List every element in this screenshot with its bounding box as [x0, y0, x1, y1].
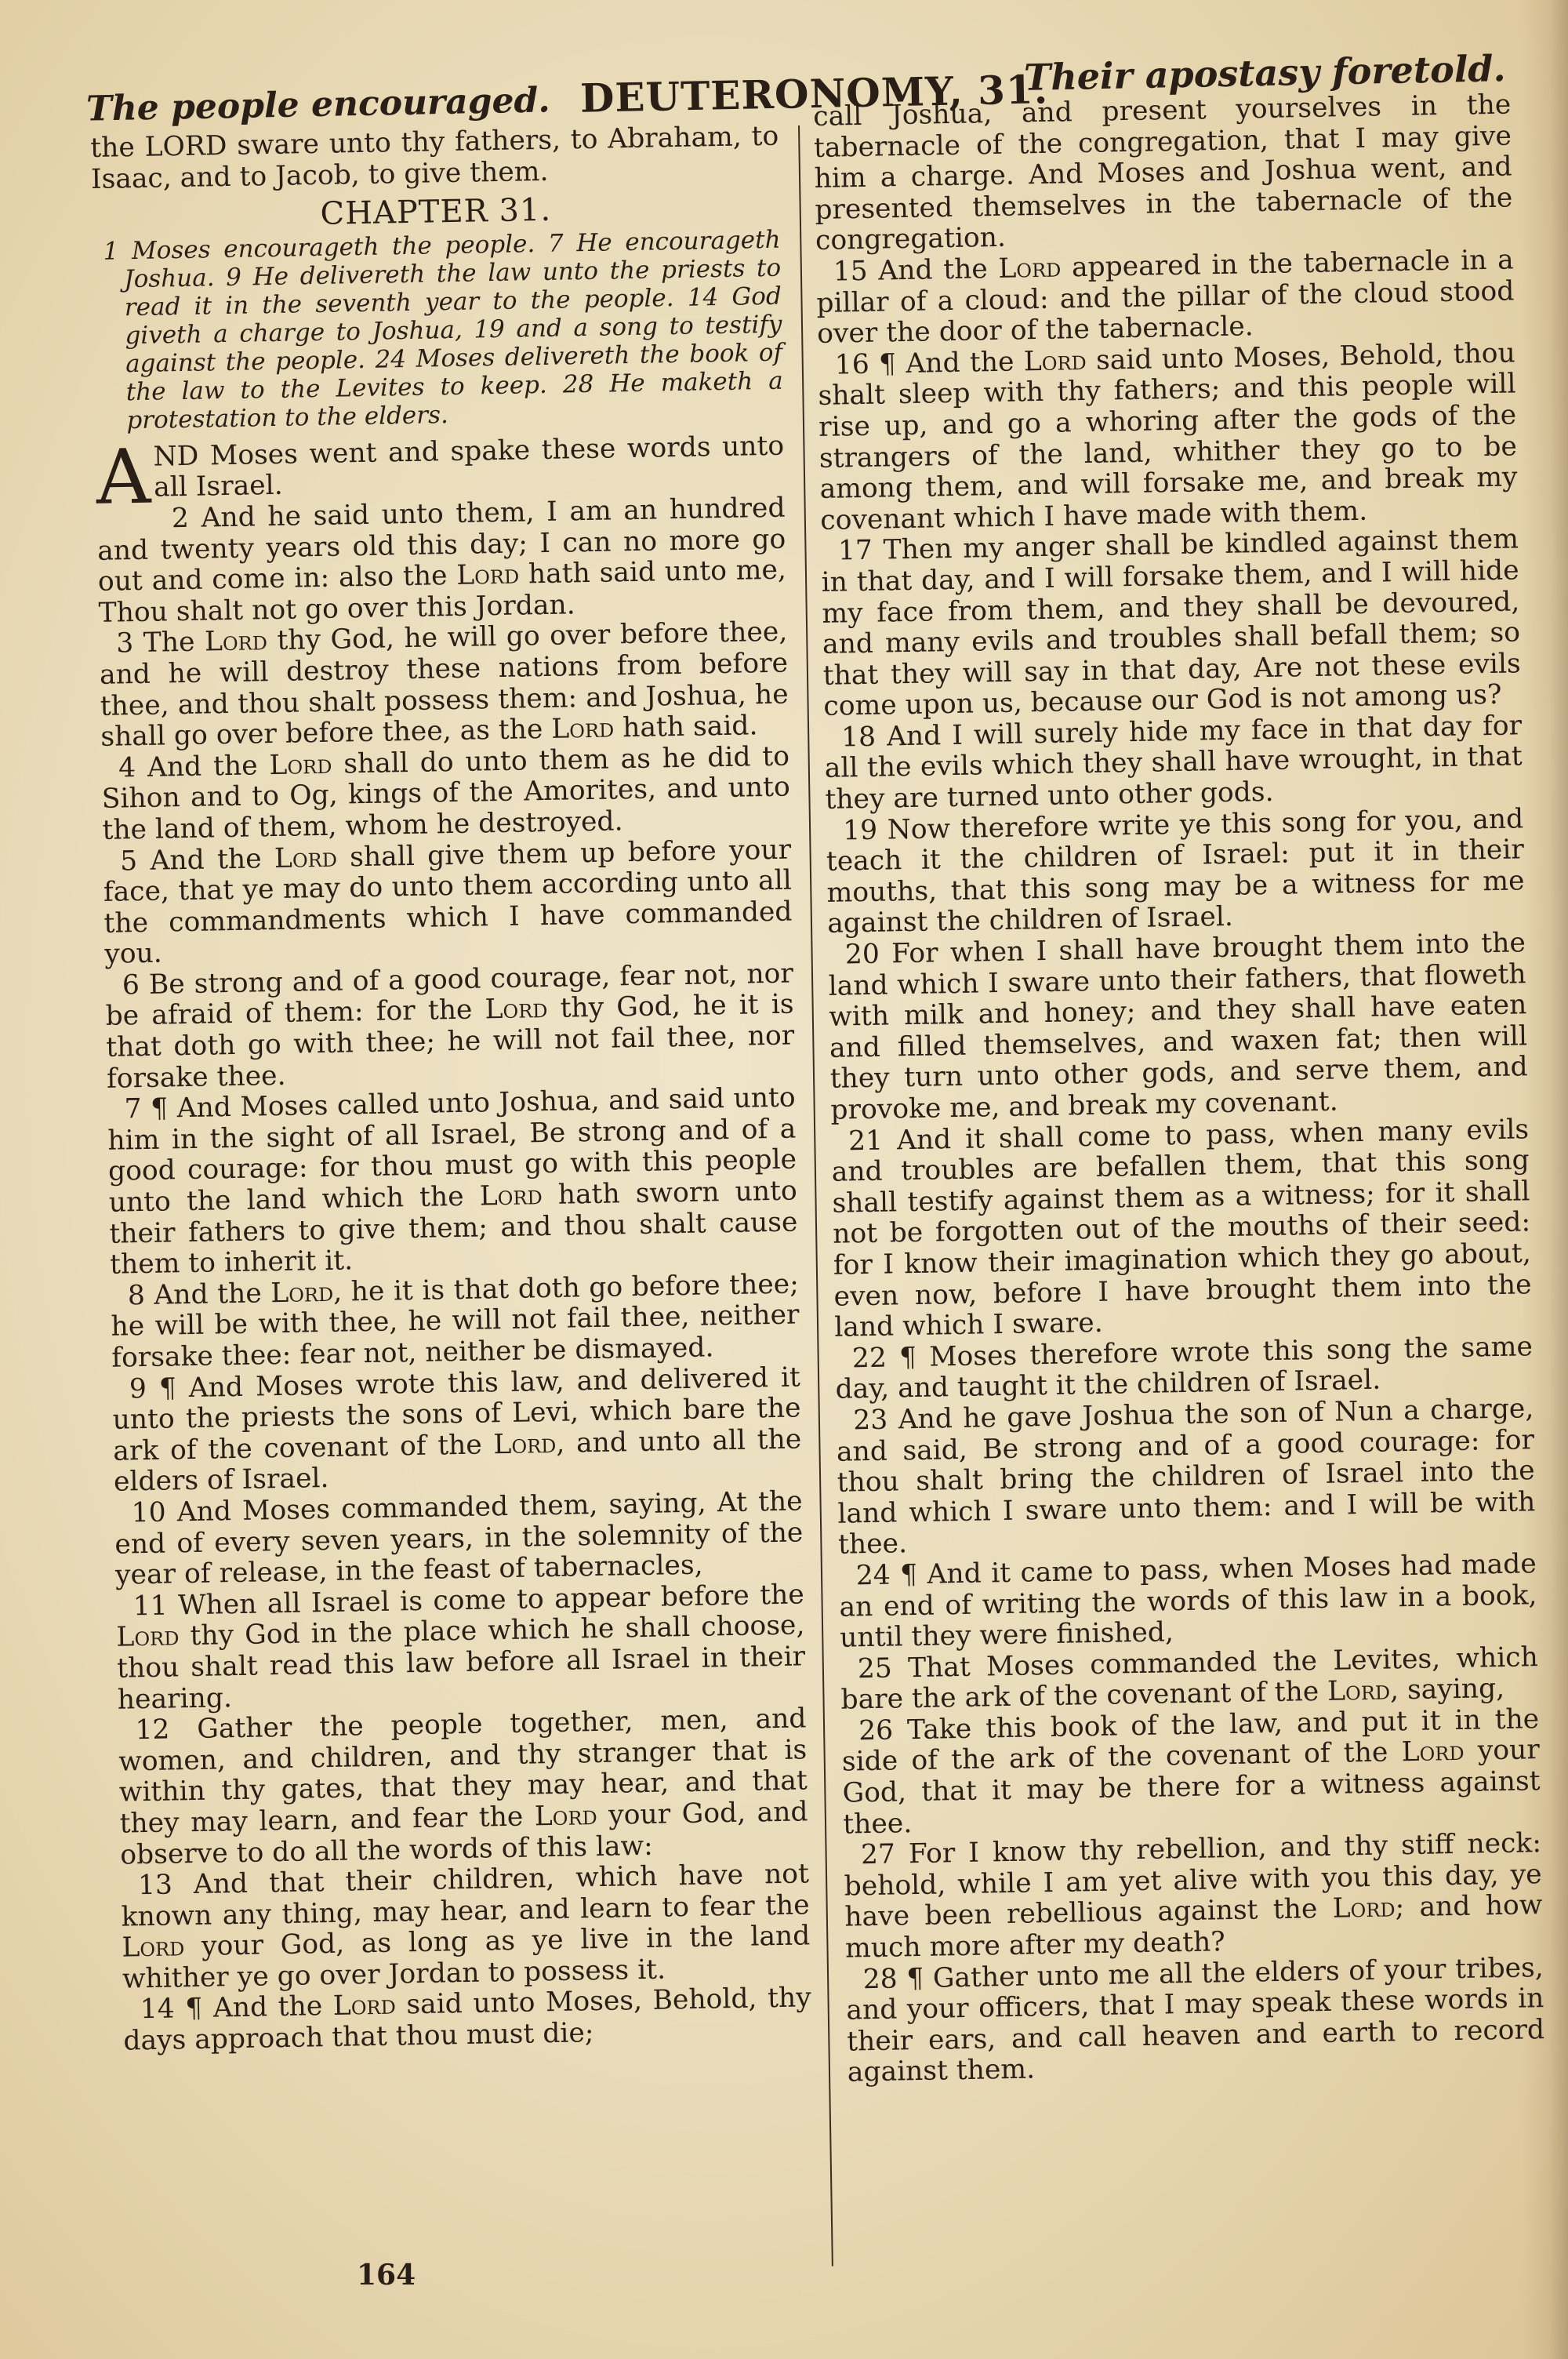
verse-4: 4 And the Lord shall do unto them as he … — [101, 741, 791, 846]
right-verses: 15 And the Lord appeared in the tabernac… — [815, 245, 1545, 2088]
left-verses: AND Moses went and spake these words unt… — [96, 431, 812, 2057]
verse-number: 28 ¶ — [862, 1963, 924, 1995]
verse-text: For I know thy rebellion, and thy stiff … — [844, 1827, 1542, 1964]
verse-number: 7 ¶ — [124, 1093, 168, 1125]
verse-text: And Moses commanded them, saying, At the… — [114, 1485, 804, 1590]
verse-text: And he gave Joshua the son of Nun a char… — [837, 1393, 1536, 1561]
verse-text: Now therefore write ye this song for you… — [826, 803, 1525, 940]
verse-number: 6 — [122, 969, 140, 1001]
verse-2: 2 And he said unto them, I am an hundred… — [96, 493, 787, 630]
verse-number: 13 — [138, 1870, 173, 1902]
verse-9: 9 ¶ And Moses wrote this law, and delive… — [112, 1362, 803, 1499]
verse-text: And it came to pass, when Moses had made… — [839, 1548, 1537, 1654]
verse-number: 5 — [120, 845, 138, 877]
verse-number: 17 — [838, 535, 873, 567]
verse-number: 8 — [128, 1280, 146, 1311]
verse-number: 16 ¶ — [835, 348, 897, 380]
left-running-title: The people encouraged. — [86, 80, 550, 129]
verse-text: And the Lord, he it is that doth go befo… — [111, 1268, 800, 1373]
verse-text: And that their children, which have not … — [121, 1858, 810, 1994]
verse-number: 26 — [858, 1714, 894, 1747]
verse-number: 4 — [118, 752, 136, 783]
continuation-text: the LORD sware unto thy fathers, to Abra… — [90, 122, 779, 195]
verse-text: And the Lord shall give them up before y… — [103, 834, 793, 970]
left-column: the LORD sware unto thy fathers, to Abra… — [90, 122, 812, 2058]
verse-text: For when I shall have brought them into … — [828, 927, 1528, 1125]
verse-7: 7 ¶ And Moses called unto Joshua, and sa… — [107, 1083, 798, 1281]
verse-text: And Moses wrote this law, and delivered … — [112, 1361, 801, 1498]
verse-number: 11 — [132, 1590, 168, 1622]
verse-number: 25 — [858, 1652, 893, 1685]
verse-number: 9 ¶ — [129, 1372, 177, 1405]
verse-number: 15 — [833, 256, 868, 288]
verse-20: 20 For when I shall have brought them in… — [828, 928, 1529, 1126]
verse-14: 14 ¶ And the Lord said unto Moses, Behol… — [122, 1983, 811, 2057]
chapter-summary: 1 Moses encourageth the people. 7 He enc… — [92, 225, 783, 434]
verse-23: 23 And he gave Joshua the son of Nun a c… — [836, 1394, 1536, 1561]
verse-number: 18 — [841, 722, 877, 754]
verse-text: And the Lord said unto Moses, Behold, th… — [818, 337, 1518, 536]
verse-26: 26 Take this book of the law, and put it… — [841, 1704, 1541, 1841]
verse-text: And it shall come to pass, when many evi… — [831, 1114, 1531, 1343]
verse-text: And the Lord shall do unto them as he di… — [101, 740, 790, 845]
verse-text: And I will surely hide my face in that d… — [824, 710, 1523, 816]
verse-text: Be strong and of a good courage, fear no… — [105, 958, 794, 1094]
verse-8: 8 And the Lord, he it is that doth go be… — [111, 1269, 800, 1374]
verse-number: 24 ¶ — [855, 1559, 917, 1591]
verse-24: 24 ¶ And it came to pass, when Moses had… — [838, 1549, 1537, 1654]
verse-text: When all Israel is come to appear before… — [116, 1579, 805, 1715]
verse-number: 22 ¶ — [852, 1342, 917, 1374]
verse-text: And Moses called unto Joshua, and said u… — [107, 1082, 798, 1281]
verse-17: 17 Then my anger shall be kindled agains… — [821, 525, 1522, 723]
verse-text: The Lord thy God, he will go over before… — [100, 616, 789, 753]
verse-number: 27 — [861, 1839, 896, 1871]
verse-6: 6 Be strong and of a good courage, fear … — [105, 958, 796, 1095]
verse-text: Gather unto me all the elders of your tr… — [846, 1952, 1544, 2088]
verse-27: 27 For I know thy rebellion, and thy sti… — [844, 1828, 1544, 1965]
verse-28: 28 ¶ Gather unto me all the elders of yo… — [845, 1953, 1545, 2089]
page-number: 164 — [357, 2259, 416, 2292]
verse-3: 3 The Lord thy God, he will go over befo… — [99, 617, 789, 754]
drop-cap: A — [96, 447, 151, 507]
verse-18: 18 And I will surely hide my face in tha… — [824, 711, 1523, 816]
verse-12: 12 Gather the people together, men, and … — [118, 1703, 808, 1870]
verse-5: 5 And the Lord shall give them up before… — [103, 834, 793, 971]
verse-number: 14 ¶ — [140, 1993, 202, 2025]
verse-text: And the Lord appeared in the tabernacle … — [816, 244, 1515, 350]
verse-15: 15 And the Lord appeared in the tabernac… — [815, 245, 1515, 350]
verse-text: Take this book of the law, and put it in… — [842, 1703, 1541, 1840]
verse-11: 11 When all Israel is come to appear bef… — [115, 1579, 806, 1716]
verse-text: And he said unto them, I am an hundred a… — [97, 493, 786, 629]
verse-number: 21 — [848, 1125, 884, 1157]
verse-10: 10 And Moses commanded them, saying, At … — [114, 1486, 804, 1591]
verse-number: 12 — [135, 1714, 170, 1747]
verse-16: 16 ¶ And the Lord said unto Moses, Behol… — [818, 338, 1519, 536]
verse-number: 23 — [853, 1405, 888, 1437]
continuation-text: call Joshua, and present yourselves in t… — [813, 89, 1513, 256]
right-column: call Joshua, and present yourselves in t… — [813, 89, 1545, 2088]
verse-number: 19 — [843, 814, 878, 846]
verse-number: 20 — [845, 939, 880, 971]
verse-13: 13 And that their children, which have n… — [121, 1859, 811, 1995]
verse-21: 21 And it shall come to pass, when many … — [831, 1114, 1533, 1344]
verse-number: 10 — [131, 1497, 166, 1529]
verse-19: 19 Now therefore write ye this song for … — [826, 804, 1526, 940]
verse-text: Gather the people together, men, and wom… — [118, 1703, 808, 1870]
verse-text: And the Lord said unto Moses, Behold, th… — [123, 1983, 811, 2057]
verse-text: Then my anger shall be kindled against t… — [821, 524, 1521, 722]
verse-number: 3 — [116, 627, 134, 659]
verse-text: ND Moses went and spake these words unto… — [153, 430, 784, 503]
verse-number: 2 — [172, 503, 190, 534]
